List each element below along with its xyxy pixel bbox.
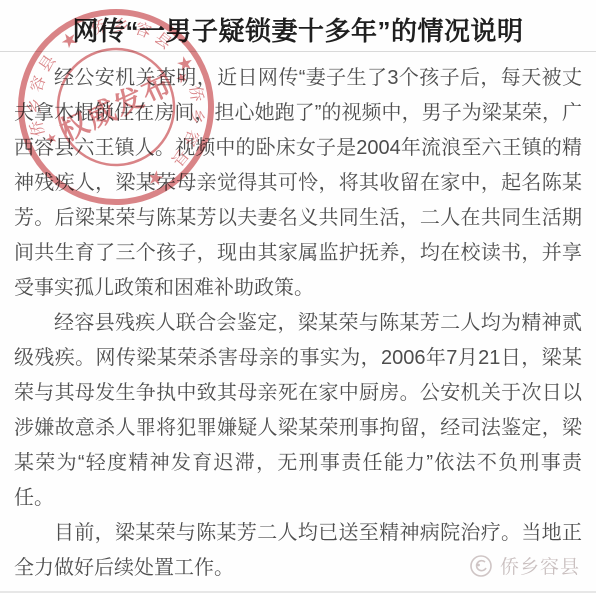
paragraph-1: 经公安机关查明，近日网传“妻子生了3个孩子后，每天被丈夫拿木棍锁住在房间，担心她… — [14, 61, 582, 306]
account-watermark: 侨乡容县 — [469, 552, 580, 579]
announcement-page: 网传“一男子疑锁妻十多年”的情况说明 经公安机关查明，近日网传“妻子生了3个孩子… — [0, 0, 596, 593]
announcement-body: 经公安机关查明，近日网传“妻子生了3个孩子后，每天被丈夫拿木棍锁住在房间，担心她… — [0, 61, 596, 586]
title-divider — [0, 51, 596, 52]
paragraph-2: 经容县残疾人联合会鉴定，梁某荣与陈某芳二人均为精神贰级残疾。网传梁某荣杀害母亲的… — [14, 306, 582, 516]
page-title: 网传“一男子疑锁妻十多年”的情况说明 — [0, 0, 596, 47]
account-watermark-label: 侨乡容县 — [500, 552, 580, 579]
account-logo-icon — [469, 554, 493, 578]
